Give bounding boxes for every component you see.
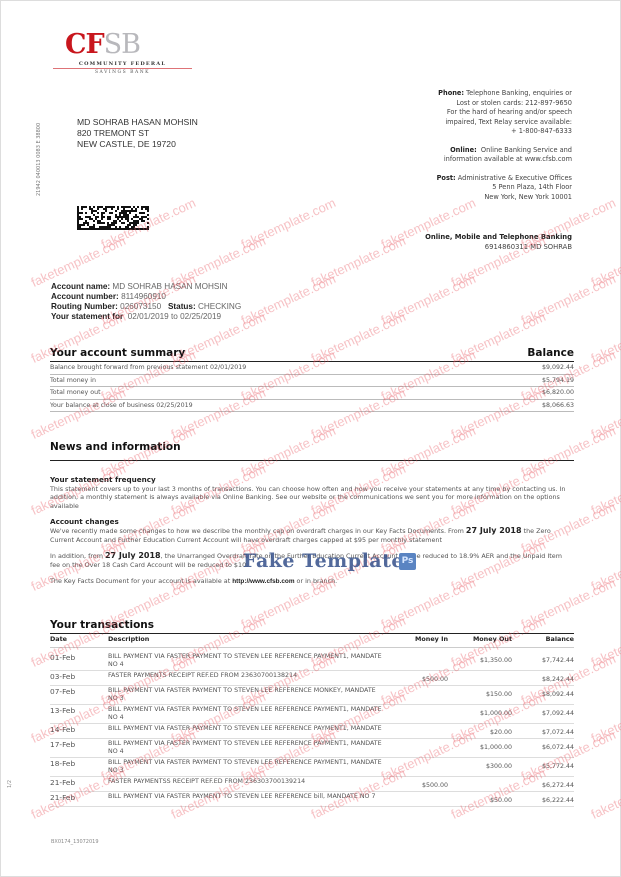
account-status: CHECKING bbox=[198, 302, 241, 311]
cell-out: $300.00 bbox=[448, 758, 512, 777]
cell-date: 07-Feb bbox=[50, 686, 108, 705]
cell-bal: $6,072.44 bbox=[512, 739, 574, 758]
recipient-city: NEW CASTLE, DE 19720 bbox=[77, 139, 198, 150]
period-label: Your statement for bbox=[51, 312, 123, 321]
cell-in bbox=[386, 705, 448, 724]
summary-header: Your account summary Balance bbox=[50, 347, 574, 362]
cell-in bbox=[386, 652, 448, 671]
routing-number: 026073150 bbox=[120, 302, 161, 311]
column-header: Balance bbox=[512, 634, 574, 648]
changes-text: We've recently made some changes to how … bbox=[50, 527, 574, 544]
cell-in bbox=[386, 724, 448, 739]
cell-desc: BILL PAYMENT VIA FASTER PAYMENT TO STEVE… bbox=[108, 686, 386, 705]
cell-bal: $6,272.44 bbox=[512, 777, 574, 792]
news-section: News and information bbox=[50, 435, 574, 461]
table-row: 01-FebBILL PAYMENT VIA FASTER PAYMENT TO… bbox=[50, 652, 574, 671]
summary-rows: Balance brought forward from previous st… bbox=[50, 362, 574, 412]
cell-date: 14-Feb bbox=[50, 724, 108, 739]
recipient-name: MD SOHRAB HASAN MOHSIN bbox=[77, 117, 198, 128]
cell-desc: BILL PAYMENT VIA FASTER PAYMENT TO STEVE… bbox=[108, 792, 386, 807]
account-number: 8114960910 bbox=[121, 292, 166, 301]
watermark-text: faketemplate.com bbox=[589, 765, 621, 822]
cfsb-link[interactable]: http://www.cfsb.com bbox=[232, 578, 294, 585]
recipient-street: 820 TREMONT ST bbox=[77, 128, 198, 139]
table-row: 21-FebBILL PAYMENT VIA FASTER PAYMENT TO… bbox=[50, 792, 574, 807]
bank-statement-page: CFSB COMMUNITY FEDERAL SAVINGS BANK 2194… bbox=[0, 0, 621, 877]
cell-in: $500.00 bbox=[386, 777, 448, 792]
logo-line2: SAVINGS BANK bbox=[65, 70, 180, 75]
cell-date: 03-Feb bbox=[50, 671, 108, 686]
cell-out bbox=[448, 777, 512, 792]
frequency-text: This statement covers up to your last 3 … bbox=[50, 485, 574, 511]
summary-row: Total money out$6,820.00 bbox=[50, 387, 574, 400]
watermark-text: faketemplate.com bbox=[239, 195, 338, 252]
cell-out: $20.00 bbox=[448, 724, 512, 739]
photoshop-icon: Ps bbox=[399, 553, 416, 570]
table-row: 13-FebBILL PAYMENT VIA FASTER PAYMENT TO… bbox=[50, 705, 574, 724]
cell-in bbox=[386, 792, 448, 807]
cell-out: $50.00 bbox=[448, 792, 512, 807]
watermark-text: faketemplate.com bbox=[589, 613, 621, 670]
cell-desc: BILL PAYMENT VIA FASTER PAYMENT TO STEVE… bbox=[108, 724, 386, 739]
column-header: Money Out bbox=[448, 634, 512, 648]
omt-value: 6914860311 MD SOHRAB bbox=[425, 242, 572, 252]
table-row: 21-FebFASTER PAYMENTSS RECEIPT REF.ED FR… bbox=[50, 777, 574, 792]
cell-date: 01-Feb bbox=[50, 652, 108, 671]
table-row: 17-FebBILL PAYMENT VIA FASTER PAYMENT TO… bbox=[50, 739, 574, 758]
vertical-mail-code: 21942 040013 0083 E 38800 bbox=[36, 123, 42, 196]
online-mobile-banking: Online, Mobile and Telephone Banking 691… bbox=[425, 232, 572, 252]
column-header: Description bbox=[108, 634, 386, 648]
kfd-text: The Key Facts Document for your account … bbox=[50, 577, 574, 587]
cell-desc: BILL PAYMENT VIA FASTER PAYMENT TO STEVE… bbox=[108, 739, 386, 758]
cell-out: $1,000.00 bbox=[448, 739, 512, 758]
post-lines: Administrative & Executive Offices5 Penn… bbox=[458, 174, 572, 201]
cell-out: $1,350.00 bbox=[448, 652, 512, 671]
watermark-text: faketemplate.com bbox=[309, 233, 408, 290]
watermark-text: faketemplate.com bbox=[589, 537, 621, 594]
cell-bal: $8,092.44 bbox=[512, 686, 574, 705]
news-title: News and information bbox=[50, 441, 181, 453]
phone-label: Phone: bbox=[438, 89, 464, 97]
contact-post: Post: Administrative & Executive Offices… bbox=[437, 174, 572, 203]
contact-phone: Phone: Telephone Banking, enquiries orLo… bbox=[437, 89, 572, 137]
status-label: Status: bbox=[168, 302, 196, 311]
cell-bal: $7,092.44 bbox=[512, 705, 574, 724]
cell-out bbox=[448, 671, 512, 686]
logo-red-text: CF bbox=[65, 29, 104, 60]
cell-date: 21-Feb bbox=[50, 777, 108, 792]
watermark-text: faketemplate.com bbox=[519, 271, 618, 328]
transactions-table: DateDescriptionMoney InMoney OutBalance … bbox=[50, 634, 574, 807]
logo-line1: COMMUNITY FEDERAL bbox=[65, 61, 180, 67]
cell-desc: BILL PAYMENT VIA FASTER PAYMENT TO STEVE… bbox=[108, 652, 386, 671]
summary-row: Total money in$5,794.19 bbox=[50, 375, 574, 388]
watermark-text: faketemplate.com bbox=[589, 689, 621, 746]
cell-desc: FASTER PAYMENTSS RECEIPT REF.ED FROM 236… bbox=[108, 777, 386, 792]
watermark-text: faketemplate.com bbox=[589, 233, 621, 290]
column-header: Date bbox=[50, 634, 108, 648]
contact-block: Phone: Telephone Banking, enquiries orLo… bbox=[437, 89, 572, 211]
cell-date: 13-Feb bbox=[50, 705, 108, 724]
watermark-text: faketemplate.com bbox=[589, 309, 621, 366]
watermark-text: faketemplate.com bbox=[379, 271, 478, 328]
cell-in bbox=[386, 739, 448, 758]
table-row: 07-FebBILL PAYMENT VIA FASTER PAYMENT TO… bbox=[50, 686, 574, 705]
cell-date: 18-Feb bbox=[50, 758, 108, 777]
contact-online: Online: Online Banking Service andinform… bbox=[437, 146, 572, 165]
logo-rule bbox=[53, 68, 192, 69]
watermark-text: faketemplate.com bbox=[239, 271, 338, 328]
routing-label: Routing Number: bbox=[51, 302, 118, 311]
summary-value: $6,820.00 bbox=[542, 387, 574, 399]
summary-value: $5,794.19 bbox=[542, 375, 574, 387]
balance-header: Balance bbox=[527, 347, 574, 359]
phone-lines: Telephone Banking, enquiries orLost or s… bbox=[445, 89, 572, 135]
summary-label: Your balance at close of business 02/25/… bbox=[50, 400, 193, 412]
cell-desc: FASTER PAYMENTS RECEIPT REF.ED FROM 2363… bbox=[108, 671, 386, 686]
logo-grey-text: SB bbox=[104, 29, 140, 60]
table-row: 18-FebBILL PAYMENT VIA FASTER PAYMENT TO… bbox=[50, 758, 574, 777]
cell-date: 21-Feb bbox=[50, 792, 108, 807]
summary-label: Total money out bbox=[50, 387, 101, 399]
cell-bal: $5,772.44 bbox=[512, 758, 574, 777]
cell-in: $500.00 bbox=[386, 671, 448, 686]
statement-period: 02/01/2019 to 02/25/2019 bbox=[128, 312, 221, 321]
cell-bal: $6,222.44 bbox=[512, 792, 574, 807]
account-name: MD SOHRAB HASAN MOHSIN bbox=[112, 282, 227, 291]
table-row: 03-FebFASTER PAYMENTS RECEIPT REF.ED FRO… bbox=[50, 671, 574, 686]
summary-value: $9,092.44 bbox=[542, 362, 574, 374]
frequency-title: Your statement frequency bbox=[50, 476, 574, 485]
page-number: 1/2 bbox=[7, 780, 13, 788]
cell-bal: $8,242.44 bbox=[512, 671, 574, 686]
cell-bal: $7,742.44 bbox=[512, 652, 574, 671]
online-label: Online: bbox=[450, 146, 477, 154]
document-code: BX0174_13072019 bbox=[51, 839, 99, 845]
account-details: Account name: MD SOHRAB HASAN MOHSIN Acc… bbox=[51, 282, 241, 322]
transactions-title: Your transactions bbox=[50, 619, 154, 631]
account-summary: Your account summary Balance Balance bro… bbox=[50, 347, 574, 412]
summary-row: Balance brought forward from previous st… bbox=[50, 362, 574, 375]
summary-label: Balance brought forward from previous st… bbox=[50, 362, 246, 374]
summary-value: $8,066.63 bbox=[542, 400, 574, 412]
summary-label: Total money in bbox=[50, 375, 96, 387]
news-body: Your statement frequency This statement … bbox=[50, 476, 574, 595]
bank-logo: CFSB COMMUNITY FEDERAL SAVINGS BANK bbox=[65, 31, 180, 75]
cell-out: $150.00 bbox=[448, 686, 512, 705]
cell-desc: BILL PAYMENT VIA FASTER PAYMENT TO STEVE… bbox=[108, 758, 386, 777]
transactions-section: Your transactions DateDescriptionMoney I… bbox=[50, 613, 574, 807]
watermark-text: faketemplate.com bbox=[589, 385, 621, 442]
recipient-address: MD SOHRAB HASAN MOHSIN 820 TREMONT ST NE… bbox=[77, 117, 198, 150]
fake-template-banner: Fake Template bbox=[243, 550, 404, 572]
post-label: Post: bbox=[437, 174, 456, 182]
cell-out: $1,000.00 bbox=[448, 705, 512, 724]
cell-bal: $7,072.44 bbox=[512, 724, 574, 739]
datamatrix-barcode bbox=[77, 206, 149, 230]
cell-in bbox=[386, 758, 448, 777]
cell-desc: BILL PAYMENT VIA FASTER PAYMENT TO STEVE… bbox=[108, 705, 386, 724]
cell-date: 17-Feb bbox=[50, 739, 108, 758]
omt-title: Online, Mobile and Telephone Banking bbox=[425, 232, 572, 242]
summary-row: Your balance at close of business 02/25/… bbox=[50, 400, 574, 413]
table-row: 14-FebBILL PAYMENT VIA FASTER PAYMENT TO… bbox=[50, 724, 574, 739]
cell-in bbox=[386, 686, 448, 705]
account-number-label: Account number: bbox=[51, 292, 119, 301]
account-name-label: Account name: bbox=[51, 282, 110, 291]
watermark-text: faketemplate.com bbox=[589, 461, 621, 518]
column-header: Money In bbox=[386, 634, 448, 648]
summary-title: Your account summary bbox=[50, 347, 185, 359]
